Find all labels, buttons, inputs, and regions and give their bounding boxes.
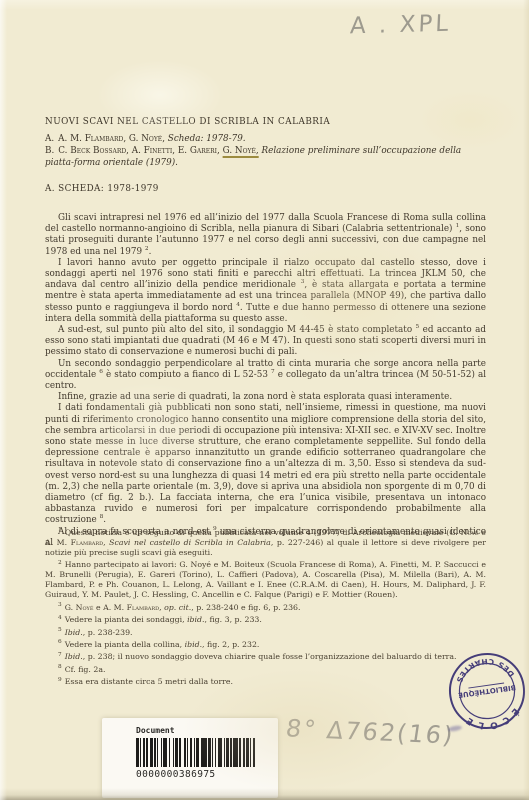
- paragraph: I dati fondamentali già pubblicati non s…: [45, 403, 486, 526]
- footnote: 8Cf. fig. 2a.: [45, 665, 486, 675]
- article-body: Gli scavi intrapresi nel 1976 ed all’ini…: [45, 213, 486, 549]
- footnote: 2Hanno partecipato ai lavori: G. Noyé e …: [45, 560, 486, 600]
- footnote: 7Ibid., p. 238; il nuovo sondaggio dovev…: [45, 652, 486, 662]
- library-stamp-icon: ÉCOLE DES CHARTES BIBLIOTHÈQUE: [432, 636, 529, 746]
- scanned-page: A . XPL NUOVI SCAVI NEL CASTELLO DI SCRI…: [0, 0, 529, 800]
- barcode-bars: [136, 738, 255, 767]
- svg-text:ÉCOLE: ÉCOLE: [460, 705, 524, 734]
- stamp-arc-bottom-text: DES CHARTES: [451, 653, 517, 686]
- paragraph: A sud-est, sul punto più alto del sito, …: [45, 325, 486, 359]
- pencil-annotation-top: A . XPL: [349, 11, 451, 40]
- footnote: 3G. Noyé e A. M. Flambard, op. cit., p. …: [45, 603, 486, 613]
- article-title: NUOVI SCAVI NEL CASTELLO DI SCRIBLA IN C…: [45, 117, 490, 127]
- barcode-number: 0000000386975: [136, 769, 278, 780]
- stamp-arc-top-text: ÉCOLE: [460, 705, 524, 734]
- entry-a-text: A. M. Flambard, G. Noyé, Scheda: 1978-79…: [58, 134, 245, 144]
- bibliography-entry-a: A.A. M. Flambard, G. Noyé, Scheda: 1978-…: [45, 134, 491, 146]
- barcode-label: Document: [136, 726, 278, 735]
- paragraph: Infine, grazie ad una serie di quadrati,…: [45, 392, 486, 403]
- bibliography-entry-b: B.C. Beck Bossard, A. Finetti, E. Gareri…: [45, 146, 491, 169]
- barcode-sticker: Document 0000000386975: [102, 718, 278, 798]
- entry-b-label: B.: [45, 146, 54, 156]
- paragraph: I lavori hanno avuto per oggetto princip…: [45, 258, 486, 325]
- footnotes: 1Questa notizia è un seguito di quella p…: [45, 528, 486, 690]
- footnote: 4Vedere la pianta dei sondaggi, ibid., f…: [45, 615, 486, 625]
- footnote: 6Vedere la pianta della collina, ibid., …: [45, 640, 486, 650]
- paragraph: Gli scavi intrapresi nel 1976 ed all’ini…: [45, 213, 486, 258]
- pencil-annotation-shelfmark: 8° Δ762(16): [284, 714, 456, 749]
- paragraph: Un secondo sondaggio perpendicolare al t…: [45, 359, 486, 393]
- section-heading: A. SCHEDA: 1978-1979: [45, 184, 159, 194]
- entry-b-text: C. Beck Bossard, A. Finetti, E. Gareri, …: [45, 146, 461, 168]
- svg-text:DES CHARTES: DES CHARTES: [451, 653, 517, 686]
- footnote: 5Ibid., p. 238-239.: [45, 628, 486, 638]
- footnote: 1Questa notizia è un seguito di quella p…: [45, 528, 486, 558]
- entry-a-label: A.: [45, 134, 54, 144]
- footnote: 9Essa era distante circa 5 metri dalla t…: [45, 677, 486, 687]
